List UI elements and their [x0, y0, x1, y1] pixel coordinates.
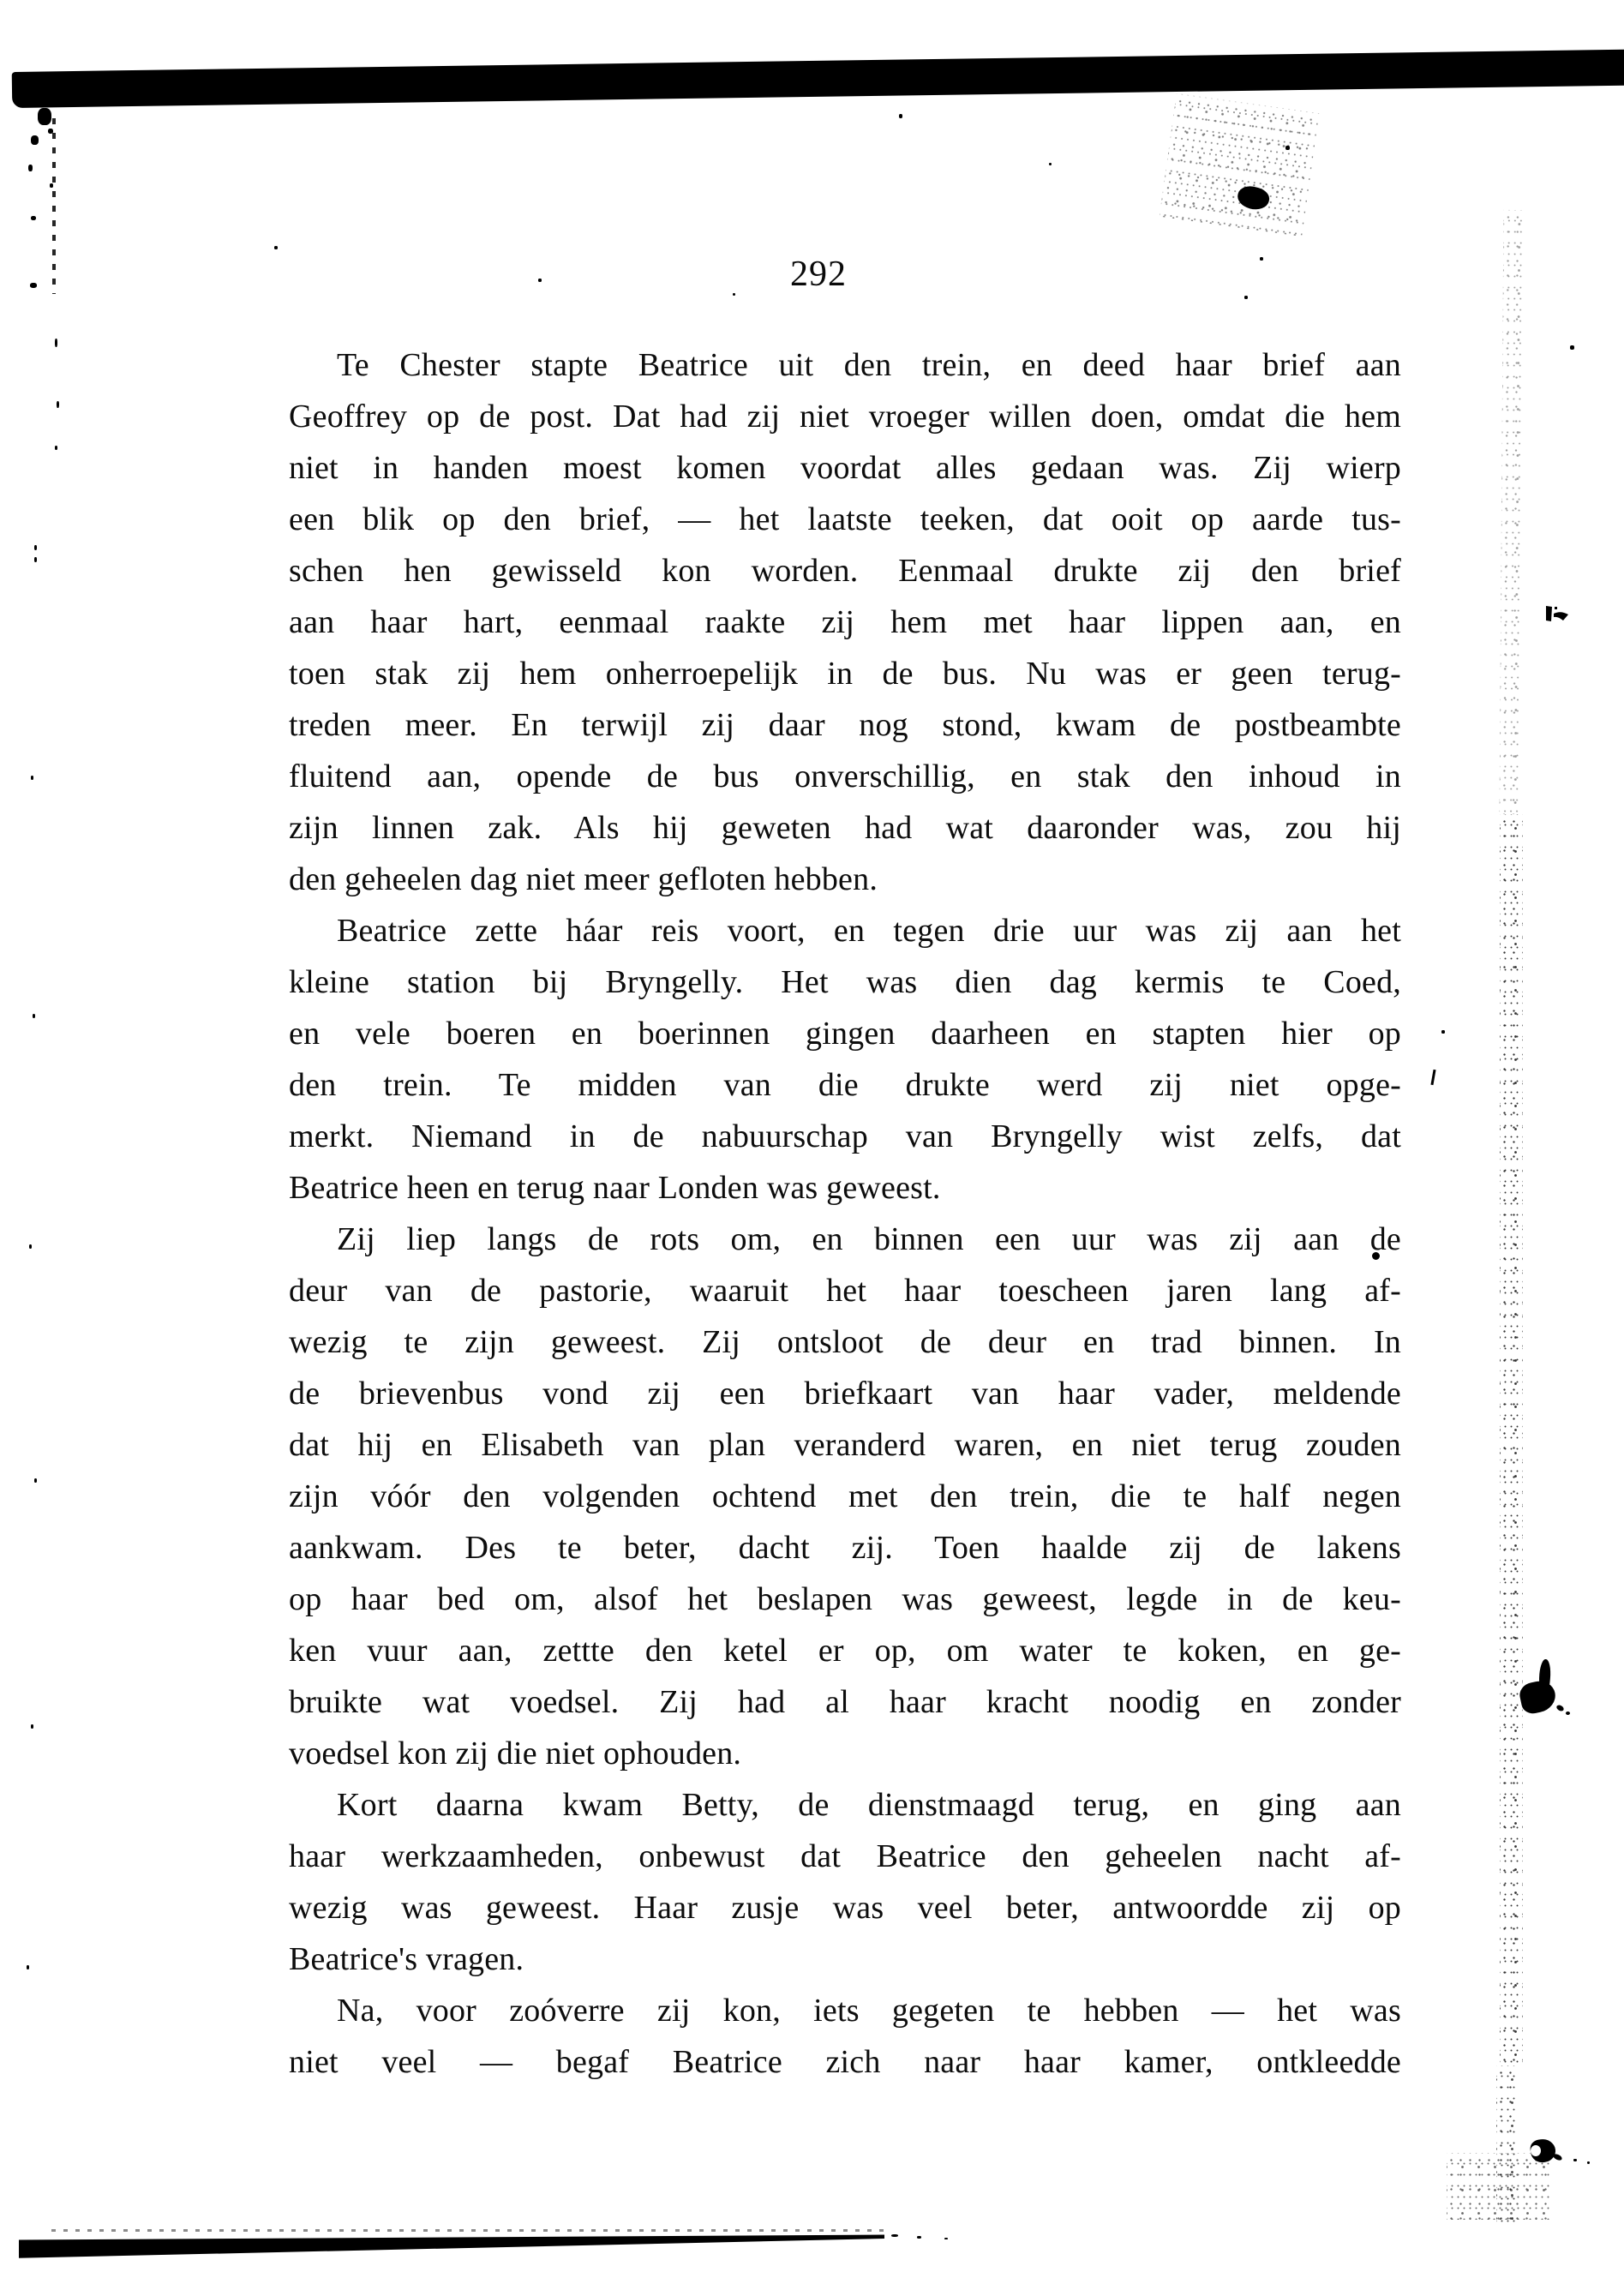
ink-speck — [34, 1478, 37, 1483]
ink-speck — [899, 114, 902, 118]
text-line: aankwam. Des te beter, dacht zij. Toen h… — [289, 1522, 1401, 1574]
ink-speck — [274, 246, 278, 249]
ink-speck — [944, 2238, 948, 2239]
ink-speck — [34, 557, 37, 562]
ink-speck — [31, 1724, 33, 1729]
ink-speck — [57, 401, 59, 408]
ink-speck — [1573, 2159, 1577, 2161]
ink-speck — [28, 165, 33, 171]
scan-noise-strip — [1500, 210, 1525, 814]
ink-speck — [1566, 1711, 1570, 1715]
text-line: deur van de pastorie, waaruit het haar t… — [289, 1265, 1401, 1316]
text-line: bruikte wat voedsel. Zij had al haar kra… — [289, 1676, 1401, 1728]
ink-speck — [1570, 345, 1574, 350]
text-line: voedsel kon zij die niet ophouden. — [289, 1728, 1401, 1779]
page-text: Te Chester stapte Beatrice uit den trein… — [289, 339, 1401, 2088]
scan-noise-strip — [1500, 814, 1523, 2065]
text-line: de brievenbus vond zij een briefkaart va… — [289, 1368, 1401, 1419]
ink-speck — [48, 129, 53, 134]
ink-speck — [31, 135, 39, 145]
scan-bottom-bar — [19, 2233, 884, 2259]
text-line: fluitend aan, opende de bus onverschilli… — [289, 751, 1401, 802]
scan-noise-patch — [1160, 93, 1320, 237]
page-number: 292 — [0, 254, 1624, 295]
ink-speck — [34, 545, 37, 550]
ink-speck — [33, 1014, 35, 1018]
text-line: dat hij en Elisabeth van plan veranderd … — [289, 1419, 1401, 1471]
ink-speck — [1244, 296, 1248, 299]
scan-noise-patch — [1447, 2153, 1551, 2220]
ink-speck — [27, 1965, 29, 1969]
text-line: op haar bed om, alsof het beslapen was g… — [289, 1574, 1401, 1625]
ink-speck — [31, 776, 33, 780]
ink-blob-hole — [1531, 2145, 1541, 2156]
text-line: Te Chester stapte Beatrice uit den trein… — [289, 339, 1401, 391]
ink-speck — [55, 446, 57, 450]
text-line: Zij liep langs de rots om, en binnen een… — [289, 1214, 1401, 1265]
text-line: toen stak zij hem onherroepelijk in de b… — [289, 648, 1401, 699]
ink-speck — [31, 216, 36, 220]
margin-arrow-mark — [1543, 605, 1579, 627]
text-line: niet in handen moest komen voordat alles… — [289, 442, 1401, 494]
text-line: wezig te zijn geweest. Zij ontsloot de d… — [289, 1316, 1401, 1368]
ink-speck — [38, 108, 51, 125]
text-line: aan haar hart, eenmaal raakte zij hem me… — [289, 596, 1401, 648]
text-line: Beatrice heen en terug naar Londen was g… — [289, 1162, 1401, 1214]
ink-speck — [1587, 2161, 1590, 2164]
scan-bottom-bar-ragged-edge — [51, 2229, 891, 2232]
text-line: en vele boeren en boerinnen gingen daarh… — [289, 1008, 1401, 1059]
text-line: den trein. Te midden van die drukte werd… — [289, 1059, 1401, 1111]
ink-blob — [1518, 1678, 1559, 1716]
ink-speck — [917, 2236, 921, 2239]
text-line: Beatrice's vragen. — [289, 1933, 1401, 1985]
text-line: een blik op den brief, — het laatste tee… — [289, 494, 1401, 545]
text-line: Na, voor zoóverre zij kon, iets gegeten … — [289, 1985, 1401, 2036]
ink-speck — [1555, 1704, 1565, 1712]
ink-speck — [1552, 2153, 1563, 2161]
text-line: zijn linnen zak. Als hij geweten had wat… — [289, 802, 1401, 854]
text-line: schen hen gewisseld kon worden. Eenmaal … — [289, 545, 1401, 596]
ink-speck — [1441, 1030, 1445, 1034]
ink-speck — [891, 2234, 898, 2237]
text-line: ken vuur aan, zettte den ketel er op, om… — [289, 1625, 1401, 1676]
text-line: kleine station bij Bryngelly. Het was di… — [289, 956, 1401, 1008]
text-line: zijn vóór den volgenden ochtend met den … — [289, 1471, 1401, 1522]
scan-top-bar — [12, 49, 1624, 108]
text-line: wezig was geweest. Haar zusje was veel b… — [289, 1882, 1401, 1933]
text-line: haar werkzaamheden, onbewust dat Beatric… — [289, 1831, 1401, 1882]
text-line: den geheelen dag niet meer gefloten hebb… — [289, 854, 1401, 905]
margin-tick-mark — [1430, 1070, 1435, 1085]
ink-speck — [1049, 163, 1052, 165]
text-line: Beatrice zette háar reis voort, en tegen… — [289, 905, 1401, 956]
ink-speck — [29, 1244, 32, 1249]
text-line: Geoffrey op de post. Dat had zij niet vr… — [289, 391, 1401, 442]
scanned-book-page: 292 Te Chester stapte Beatrice uit den t… — [0, 0, 1624, 2278]
ink-speck — [1285, 146, 1290, 150]
text-line: treden meer. En terwijl zij daar nog sto… — [289, 699, 1401, 751]
ink-speck — [55, 339, 57, 347]
ink-speck — [50, 183, 53, 188]
text-line: niet veel — begaf Beatrice zich naar haa… — [289, 2036, 1401, 2088]
text-line: Kort daarna kwam Betty, de dienstmaagd t… — [289, 1779, 1401, 1831]
text-line: merkt. Niemand in de nabuurschap van Bry… — [289, 1111, 1401, 1162]
